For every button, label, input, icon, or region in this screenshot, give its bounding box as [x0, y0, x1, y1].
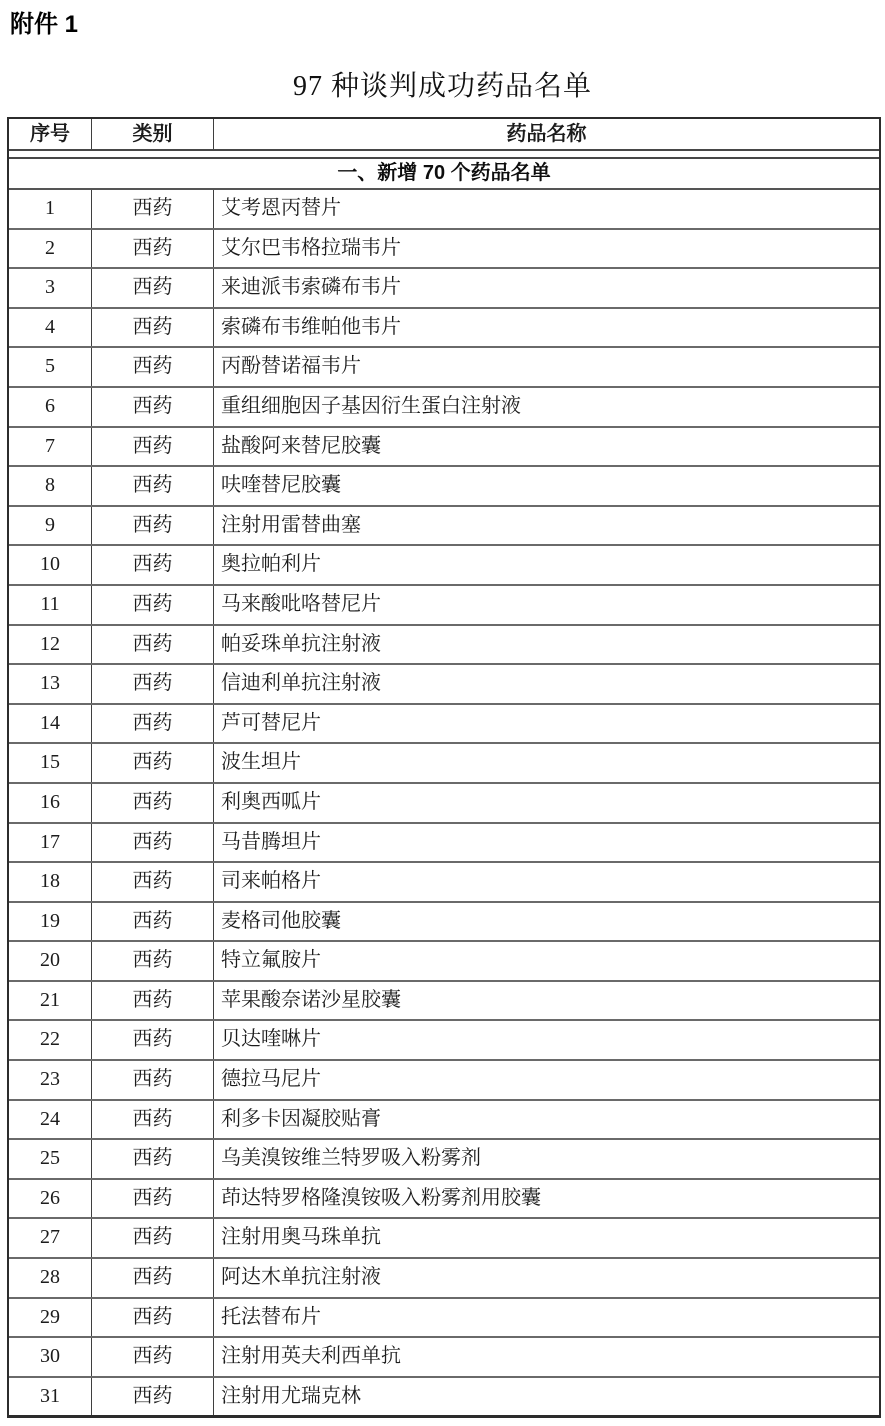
- table-row: 11西药马来酸吡咯替尼片: [9, 586, 879, 626]
- category-cell: 西药: [92, 665, 214, 703]
- category-cell: 西药: [92, 586, 214, 624]
- drug-name-cell: 索磷布韦维帕他韦片: [214, 309, 879, 347]
- table-row: 4西药索磷布韦维帕他韦片: [9, 309, 879, 349]
- table-body: 1西药艾考恩丙替片2西药艾尔巴韦格拉瑞韦片3西药来迪派韦索磷布韦片4西药索磷布韦…: [9, 190, 879, 1415]
- table-row: 29西药托法替布片: [9, 1299, 879, 1339]
- row-number-cell: 11: [9, 586, 92, 624]
- category-cell: 西药: [92, 230, 214, 268]
- drug-table: 序号 类别 药品名称 一、新增 70 个药品名单 1西药艾考恩丙替片2西药艾尔巴…: [7, 117, 881, 1418]
- category-cell: 西药: [92, 1299, 214, 1337]
- table-row: 17西药马昔腾坦片: [9, 824, 879, 864]
- row-number-cell: 23: [9, 1061, 92, 1099]
- drug-name-cell: 利多卡因凝胶贴膏: [214, 1101, 879, 1139]
- row-number-cell: 9: [9, 507, 92, 545]
- row-number-cell: 8: [9, 467, 92, 505]
- drug-name-cell: 德拉马尼片: [214, 1061, 879, 1099]
- category-cell: 西药: [92, 546, 214, 584]
- table-row: 31西药注射用尤瑞克林: [9, 1378, 879, 1416]
- table-row: 25西药乌美溴铵维兰特罗吸入粉雾剂: [9, 1140, 879, 1180]
- table-row: 26西药茚达特罗格隆溴铵吸入粉雾剂用胶囊: [9, 1180, 879, 1220]
- header-category: 类别: [92, 119, 214, 149]
- category-cell: 西药: [92, 784, 214, 822]
- row-number-cell: 19: [9, 903, 92, 941]
- category-cell: 西药: [92, 1219, 214, 1257]
- row-number-cell: 10: [9, 546, 92, 584]
- drug-name-cell: 司来帕格片: [214, 863, 879, 901]
- category-cell: 西药: [92, 1021, 214, 1059]
- drug-name-cell: 麦格司他胶囊: [214, 903, 879, 941]
- drug-name-cell: 波生坦片: [214, 744, 879, 782]
- table-row: 10西药奥拉帕利片: [9, 546, 879, 586]
- category-cell: 西药: [92, 824, 214, 862]
- page-title: 97 种谈判成功药品名单: [0, 64, 885, 104]
- drug-name-cell: 注射用雷替曲塞: [214, 507, 879, 545]
- category-cell: 西药: [92, 1259, 214, 1297]
- row-number-cell: 12: [9, 626, 92, 664]
- drug-name-cell: 茚达特罗格隆溴铵吸入粉雾剂用胶囊: [214, 1180, 879, 1218]
- drug-name-cell: 丙酚替诺福韦片: [214, 348, 879, 386]
- attachment-label: 附件 1: [10, 4, 78, 39]
- table-row: 20西药特立氟胺片: [9, 942, 879, 982]
- drug-name-cell: 注射用奥马珠单抗: [214, 1219, 879, 1257]
- category-cell: 西药: [92, 982, 214, 1020]
- drug-name-cell: 利奥西呱片: [214, 784, 879, 822]
- row-number-cell: 29: [9, 1299, 92, 1337]
- table-row: 18西药司来帕格片: [9, 863, 879, 903]
- row-number-cell: 13: [9, 665, 92, 703]
- row-number-cell: 20: [9, 942, 92, 980]
- category-cell: 西药: [92, 269, 214, 307]
- category-cell: 西药: [92, 1378, 214, 1416]
- category-cell: 西药: [92, 428, 214, 466]
- category-cell: 西药: [92, 1061, 214, 1099]
- table-row: 5西药丙酚替诺福韦片: [9, 348, 879, 388]
- table-row: 14西药芦可替尼片: [9, 705, 879, 745]
- category-cell: 西药: [92, 190, 214, 228]
- category-cell: 西药: [92, 1140, 214, 1178]
- drug-name-cell: 托法替布片: [214, 1299, 879, 1337]
- table-row: 16西药利奥西呱片: [9, 784, 879, 824]
- category-cell: 西药: [92, 744, 214, 782]
- row-number-cell: 15: [9, 744, 92, 782]
- table-row: 24西药利多卡因凝胶贴膏: [9, 1101, 879, 1141]
- table-header-row: 序号 类别 药品名称: [9, 119, 879, 151]
- category-cell: 西药: [92, 1180, 214, 1218]
- row-number-cell: 4: [9, 309, 92, 347]
- row-number-cell: 22: [9, 1021, 92, 1059]
- section-title-row: 一、新增 70 个药品名单: [9, 157, 879, 190]
- table-row: 19西药麦格司他胶囊: [9, 903, 879, 943]
- drug-name-cell: 重组细胞因子基因衍生蛋白注射液: [214, 388, 879, 426]
- table-row: 12西药帕妥珠单抗注射液: [9, 626, 879, 666]
- drug-name-cell: 马昔腾坦片: [214, 824, 879, 862]
- table-row: 21西药苹果酸奈诺沙星胶囊: [9, 982, 879, 1022]
- category-cell: 西药: [92, 903, 214, 941]
- row-number-cell: 26: [9, 1180, 92, 1218]
- row-number-cell: 30: [9, 1338, 92, 1376]
- header-serial-number: 序号: [9, 119, 92, 149]
- table-row: 6西药重组细胞因子基因衍生蛋白注射液: [9, 388, 879, 428]
- table-row: 15西药波生坦片: [9, 744, 879, 784]
- drug-name-cell: 马来酸吡咯替尼片: [214, 586, 879, 624]
- row-number-cell: 18: [9, 863, 92, 901]
- table-row: 13西药信迪利单抗注射液: [9, 665, 879, 705]
- category-cell: 西药: [92, 942, 214, 980]
- drug-name-cell: 艾考恩丙替片: [214, 190, 879, 228]
- drug-name-cell: 盐酸阿来替尼胶囊: [214, 428, 879, 466]
- drug-name-cell: 信迪利单抗注射液: [214, 665, 879, 703]
- row-number-cell: 16: [9, 784, 92, 822]
- document-page: 附件 1 97 种谈判成功药品名单 序号 类别 药品名称 一、新增 70 个药品…: [0, 0, 885, 1426]
- row-number-cell: 2: [9, 230, 92, 268]
- drug-name-cell: 贝达喹啉片: [214, 1021, 879, 1059]
- category-cell: 西药: [92, 863, 214, 901]
- table-row: 8西药呋喹替尼胶囊: [9, 467, 879, 507]
- category-cell: 西药: [92, 309, 214, 347]
- row-number-cell: 24: [9, 1101, 92, 1139]
- category-cell: 西药: [92, 1101, 214, 1139]
- row-number-cell: 5: [9, 348, 92, 386]
- category-cell: 西药: [92, 348, 214, 386]
- table-row: 9西药注射用雷替曲塞: [9, 507, 879, 547]
- header-drug-name: 药品名称: [214, 119, 879, 149]
- row-number-cell: 1: [9, 190, 92, 228]
- row-number-cell: 25: [9, 1140, 92, 1178]
- drug-name-cell: 呋喹替尼胶囊: [214, 467, 879, 505]
- row-number-cell: 21: [9, 982, 92, 1020]
- drug-name-cell: 艾尔巴韦格拉瑞韦片: [214, 230, 879, 268]
- row-number-cell: 6: [9, 388, 92, 426]
- table-row: 28西药阿达木单抗注射液: [9, 1259, 879, 1299]
- table-row: 23西药德拉马尼片: [9, 1061, 879, 1101]
- table-row: 30西药注射用英夫利西单抗: [9, 1338, 879, 1378]
- row-number-cell: 28: [9, 1259, 92, 1297]
- drug-name-cell: 特立氟胺片: [214, 942, 879, 980]
- table-row: 27西药注射用奥马珠单抗: [9, 1219, 879, 1259]
- drug-name-cell: 阿达木单抗注射液: [214, 1259, 879, 1297]
- drug-name-cell: 帕妥珠单抗注射液: [214, 626, 879, 664]
- table-row: 7西药盐酸阿来替尼胶囊: [9, 428, 879, 468]
- drug-name-cell: 注射用英夫利西单抗: [214, 1338, 879, 1376]
- row-number-cell: 14: [9, 705, 92, 743]
- drug-name-cell: 来迪派韦索磷布韦片: [214, 269, 879, 307]
- table-row: 22西药贝达喹啉片: [9, 1021, 879, 1061]
- table-row: 1西药艾考恩丙替片: [9, 190, 879, 230]
- drug-name-cell: 苹果酸奈诺沙星胶囊: [214, 982, 879, 1020]
- category-cell: 西药: [92, 705, 214, 743]
- category-cell: 西药: [92, 626, 214, 664]
- row-number-cell: 7: [9, 428, 92, 466]
- drug-name-cell: 乌美溴铵维兰特罗吸入粉雾剂: [214, 1140, 879, 1178]
- row-number-cell: 3: [9, 269, 92, 307]
- table-row: 2西药艾尔巴韦格拉瑞韦片: [9, 230, 879, 270]
- row-number-cell: 27: [9, 1219, 92, 1257]
- row-number-cell: 17: [9, 824, 92, 862]
- drug-name-cell: 芦可替尼片: [214, 705, 879, 743]
- category-cell: 西药: [92, 388, 214, 426]
- category-cell: 西药: [92, 1338, 214, 1376]
- drug-name-cell: 奥拉帕利片: [214, 546, 879, 584]
- table-row: 3西药来迪派韦索磷布韦片: [9, 269, 879, 309]
- category-cell: 西药: [92, 467, 214, 505]
- category-cell: 西药: [92, 507, 214, 545]
- drug-name-cell: 注射用尤瑞克林: [214, 1378, 879, 1416]
- row-number-cell: 31: [9, 1378, 92, 1416]
